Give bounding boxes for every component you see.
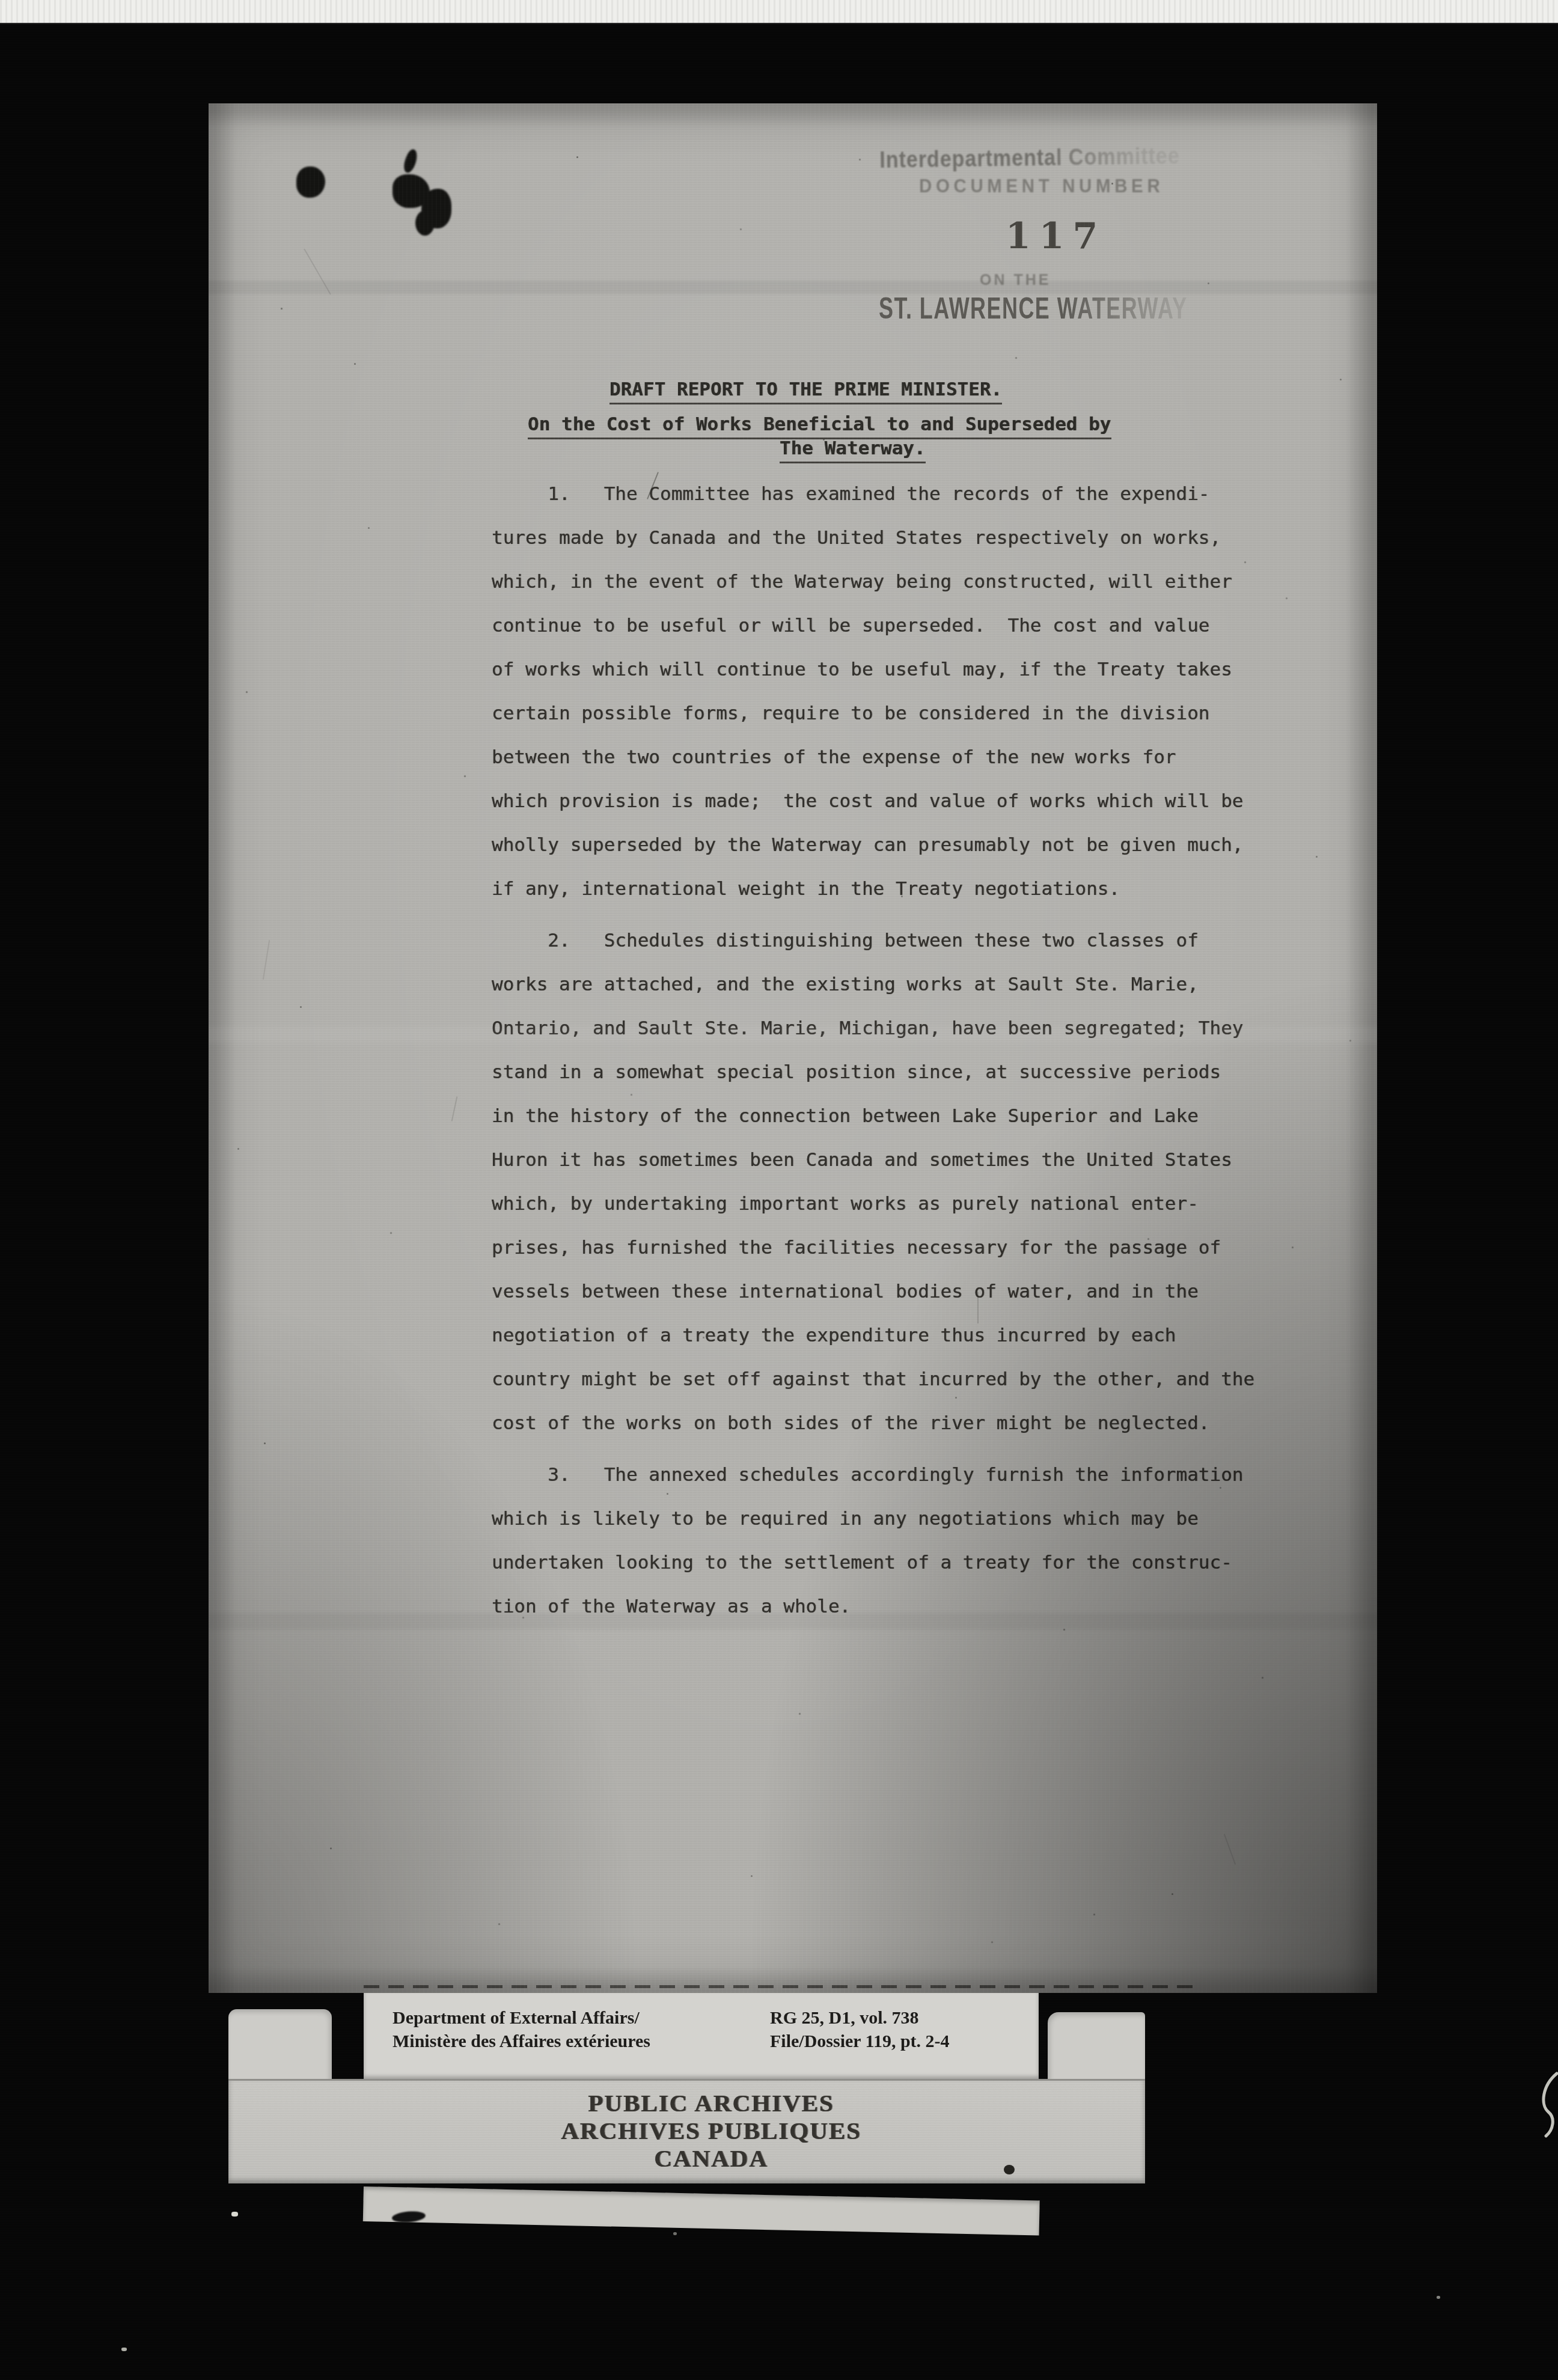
scratch-mark: [263, 940, 270, 980]
report-subtitle-line1: On the Cost of Works Beneficial to and S…: [528, 413, 1111, 439]
department-name-fr: Ministère des Affaires extérieures: [393, 2030, 650, 2053]
record-group-reference: RG 25, D1, vol. 738: [770, 2006, 950, 2030]
dashed-separator-line: [364, 1985, 1196, 1988]
film-edge-strip: [0, 0, 1558, 23]
stamp-document-number-label: DOCUMENT NUMBER: [919, 175, 1164, 197]
film-speck: [231, 2212, 238, 2217]
film-edge-mark: [1539, 2071, 1558, 2138]
document-page: Interdepartmental Committee DOCUMENT NUM…: [209, 103, 1377, 1993]
film-speck: [121, 2348, 127, 2351]
paragraph-3: 3. The annexed schedules accordingly fur…: [492, 1453, 1309, 1629]
public-archives-band: PUBLIC ARCHIVES ARCHIVES PUBLIQUES CANAD…: [228, 2079, 1145, 2183]
department-name-en: Department of External Affairs/: [393, 2006, 650, 2030]
film-speck: [1437, 2296, 1440, 2299]
stamp-on-the: ON THE: [980, 272, 1051, 289]
stamp-committee-line: Interdepartmental Committee: [879, 144, 1180, 174]
public-archives-line3: CANADA: [561, 2144, 861, 2172]
archive-reference-numbers: RG 25, D1, vol. 738 File/Dossier 119, pt…: [770, 2006, 950, 2053]
ink-blot: [415, 210, 435, 236]
paper-speckles: [209, 103, 210, 105]
public-archives-stamp: PUBLIC ARCHIVES ARCHIVES PUBLIQUES CANAD…: [561, 2089, 861, 2172]
scratch-mark: [451, 1096, 458, 1121]
stamp-document-number-value: 117: [1006, 215, 1106, 257]
ink-blot: [402, 148, 419, 174]
scratch-mark: [977, 1292, 979, 1323]
archive-reference-label: Department of External Affairs/ Ministèr…: [364, 1993, 1039, 2079]
public-archives-line1: PUBLIC ARCHIVES: [561, 2089, 861, 2117]
ink-smudge: [391, 2210, 426, 2224]
department-name-label: Department of External Affairs/ Ministèr…: [393, 2006, 650, 2053]
public-archives-line2: ARCHIVES PUBLIQUES: [561, 2117, 861, 2144]
paragraph-2: 2. Schedules distinguishing between thes…: [492, 919, 1309, 1445]
scratch-mark: [304, 248, 331, 294]
ink-blot-dot: [296, 166, 325, 198]
file-dossier-reference: File/Dossier 119, pt. 2-4: [770, 2030, 950, 2053]
microfilm-scan-frame: Interdepartmental Committee DOCUMENT NUM…: [0, 0, 1558, 2380]
stamp-waterway-line: ST. LAWRENCE WATERWAY: [879, 291, 1188, 326]
report-subtitle-line2: The Waterway.: [780, 438, 926, 463]
label-paper-strip-lower: [363, 2186, 1040, 2236]
report-title: DRAFT REPORT TO THE PRIME MINISTER.: [609, 379, 1002, 404]
film-speck: [673, 2232, 677, 2235]
paragraph-1: 1. The Committee has examined the record…: [492, 472, 1309, 911]
ink-speck: [1004, 2165, 1015, 2174]
scratch-mark: [1224, 1834, 1236, 1864]
document-body: 1. The Committee has examined the record…: [492, 472, 1309, 1629]
